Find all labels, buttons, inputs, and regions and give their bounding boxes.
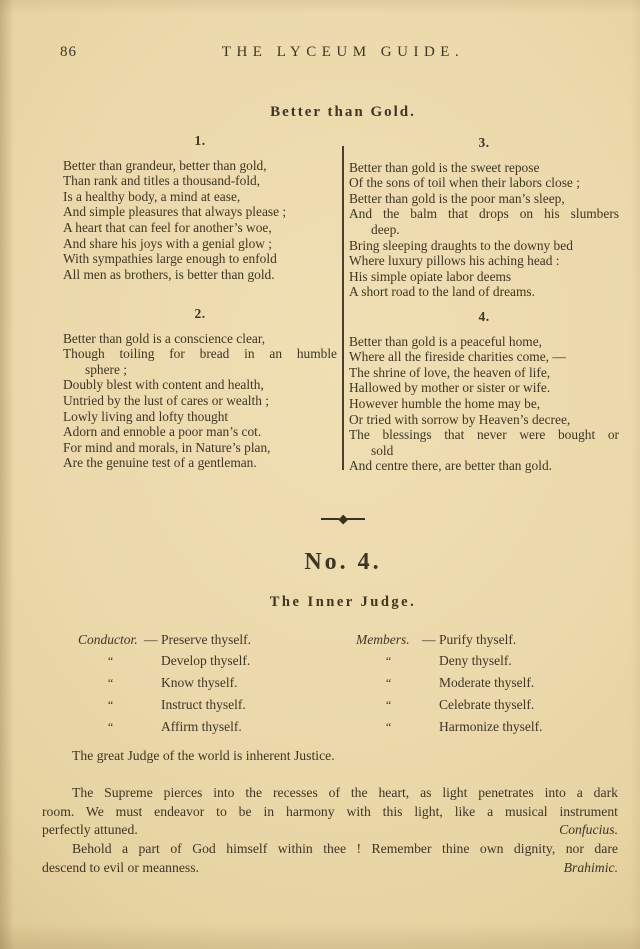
attribution: Brahimic.: [564, 859, 618, 878]
poem-line: deep.: [349, 222, 619, 238]
poem-line: However humble the home may be,: [349, 396, 619, 412]
poem-line: Better than grandeur, better than gold,: [63, 158, 337, 174]
poem-line: Is a healthy body, a mind at ease,: [63, 189, 337, 205]
paragraph-brahimic: Behold a part of God himself within thee…: [42, 840, 618, 877]
list-row: Members.—Purify thyself.: [356, 629, 618, 650]
running-title: THE LYCEUM GUIDE.: [45, 44, 640, 61]
poem-stanza-2: 2.Better than gold is a conscience clear…: [63, 306, 337, 471]
list-row: “Instruct thyself.: [78, 694, 340, 716]
section-subtitle: The Inner Judge.: [45, 594, 640, 611]
section-divider-ornament: [45, 510, 640, 524]
poem-line: The shrine of love, the heaven of life,: [349, 365, 619, 381]
poem-line: For mind and morals, in Nature’s plan,: [63, 440, 337, 456]
divider-diamond-icon: [338, 515, 347, 524]
poem-line: A short road to the land of dreams.: [349, 284, 619, 300]
attribution: Confucius.: [559, 821, 618, 840]
poem-stanza-1: 1.Better than grandeur, better than gold…: [63, 133, 337, 282]
list-item-text: Purify thyself.: [439, 629, 516, 650]
poem-line: Bring sleeping draughts to the downy bed: [349, 238, 619, 254]
members-list: Members.—Purify thyself.“Deny thyself.“M…: [356, 629, 618, 738]
ditto-mark: “: [78, 695, 144, 716]
divider-bar-left: [321, 518, 339, 520]
conductor-list: Conductor.—Preserve thyself.“Develop thy…: [78, 629, 340, 738]
poem-line: Better than gold is the sweet repose: [349, 160, 619, 176]
list-item-text: Celebrate thyself.: [439, 694, 534, 715]
stanza-number: 3.: [349, 135, 619, 151]
speaker-label: Members.: [356, 629, 422, 650]
list-row: “Develop thyself.: [78, 650, 340, 672]
paragraph-line: descend to evil or meanness.Brahimic.: [42, 859, 618, 878]
poem-line: sold: [349, 443, 619, 459]
paragraph-justice: The great Judge of the world is inherent…: [42, 747, 618, 766]
paragraph-line: perfectly attuned.Confucius.: [42, 821, 618, 840]
paragraph-text: perfectly attuned.: [42, 821, 138, 840]
paragraph-line: Behold a part of God himself within thee…: [42, 840, 618, 859]
poem-line: Lowly living and lofty thought: [63, 409, 337, 425]
ditto-mark: “: [356, 651, 422, 672]
paragraph-confucius: The Supreme pierces into the recesses of…: [42, 784, 618, 840]
stanza-number: 2.: [63, 306, 337, 322]
divider-bar-right: [347, 518, 365, 520]
poem-title: Better than Gold.: [45, 104, 640, 121]
em-dash: —: [422, 629, 439, 650]
list-row: “Know thyself.: [78, 672, 340, 694]
poem-line: Are the genuine test of a gentleman.: [63, 455, 337, 471]
stanza-number: 4.: [349, 309, 619, 325]
poem-line: All men as brothers, is better than gold…: [63, 267, 337, 283]
paragraph-text: descend to evil or meanness.: [42, 859, 199, 878]
poem-line: Doubly blest with content and health,: [63, 377, 337, 393]
poem-line: Hallowed by mother or sister or wife.: [349, 380, 619, 396]
list-item-text: Know thyself.: [161, 672, 238, 693]
poem-line: Adorn and ennoble a poor man’s cot.: [63, 424, 337, 440]
poem-line: Or tried with sorrow by Heaven’s decree,: [349, 412, 619, 428]
poem-line: And simple pleasures that always please …: [63, 204, 337, 220]
poem-line: And centre there, are better than gold.: [349, 458, 619, 474]
poem-line: Than rank and titles a thousand-fold,: [63, 173, 337, 189]
poem-line: And share his joys with a genial glow ;: [63, 236, 337, 252]
ditto-mark: “: [78, 717, 144, 738]
poem-line: Of the sons of toil when their labors cl…: [349, 175, 619, 191]
poem-line: Better than gold is the poor man’s sleep…: [349, 191, 619, 207]
speaker-label: Conductor.: [78, 629, 144, 650]
paragraph-line: room. We must endeavor to be in harmony …: [42, 803, 618, 822]
list-item-text: Deny thyself.: [439, 650, 512, 671]
ditto-mark: “: [356, 717, 422, 738]
em-dash: —: [144, 629, 161, 650]
paragraph-line: The great Judge of the world is inherent…: [42, 747, 618, 766]
poem-line: Where luxury pillows his aching head :: [349, 253, 619, 269]
poem-line: With sympathies large enough to enfold: [63, 251, 337, 267]
ditto-mark: “: [356, 673, 422, 694]
list-row: “Celebrate thyself.: [356, 694, 618, 716]
ditto-mark: “: [356, 695, 422, 716]
ditto-mark: “: [78, 673, 144, 694]
list-item-text: Affirm thyself.: [161, 716, 242, 737]
paragraph-line: The Supreme pierces into the recesses of…: [42, 784, 618, 803]
list-item-text: Instruct thyself.: [161, 694, 246, 715]
poem-line: His simple opiate labor deems: [349, 269, 619, 285]
poem-stanza-4: 4.Better than gold is a peaceful home,Wh…: [349, 309, 619, 474]
poem-line: Where all the fireside charities come, —: [349, 349, 619, 365]
poem-line: The blessings that never were bought or: [349, 427, 619, 443]
list-item-text: Moderate thyself.: [439, 672, 534, 693]
list-item-text: Develop thyself.: [161, 650, 250, 671]
list-row: “Moderate thyself.: [356, 672, 618, 694]
poem-line: Though toiling for bread in an humble: [63, 346, 337, 362]
column-divider-rule: [342, 146, 344, 470]
poem-line: Untried by the lust of cares or wealth ;: [63, 393, 337, 409]
list-row: “Harmonize thyself.: [356, 716, 618, 738]
section-heading: No. 4.: [45, 549, 640, 576]
poem-line: A heart that can feel for another’s woe,: [63, 220, 337, 236]
poem-stanza-3: 3.Better than gold is the sweet reposeOf…: [349, 135, 619, 300]
ditto-mark: “: [78, 651, 144, 672]
poem-line: And the balm that drops on his slumbers: [349, 206, 619, 222]
book-page: 86 THE LYCEUM GUIDE. Better than Gold. 1…: [0, 0, 640, 949]
poem-line: Better than gold is a conscience clear,: [63, 331, 337, 347]
list-item-text: Preserve thyself.: [161, 629, 251, 650]
poem-line: sphere ;: [63, 362, 337, 378]
stanza-number: 1.: [63, 133, 337, 149]
list-row: “Affirm thyself.: [78, 716, 340, 738]
list-row: Conductor.—Preserve thyself.: [78, 629, 340, 650]
list-item-text: Harmonize thyself.: [439, 716, 542, 737]
poem-line: Better than gold is a peaceful home,: [349, 334, 619, 350]
list-row: “Deny thyself.: [356, 650, 618, 672]
